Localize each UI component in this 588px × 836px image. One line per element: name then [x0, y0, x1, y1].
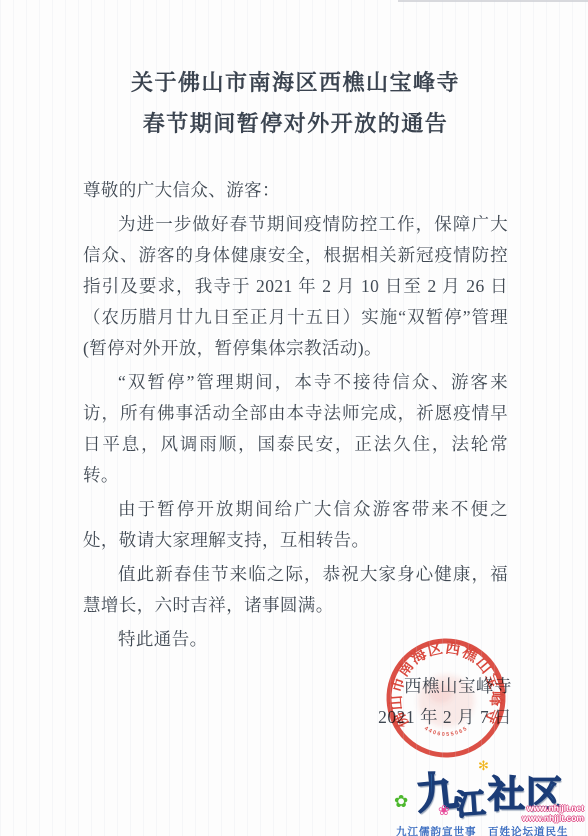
- flower-pink-icon: ❀: [438, 802, 450, 819]
- flower-green-icon: ✿: [394, 792, 408, 812]
- notice-body: 尊敬的广大信众、游客： 为进一步做好春节期间疫情防控工作，保障广大信众、游客的身…: [83, 175, 508, 655]
- watermark-logo-char-jiu: 九: [413, 758, 461, 822]
- watermark-url-2: www.nhjjlt.com: [522, 814, 584, 824]
- scan-artifact-line: [398, 0, 588, 2]
- page-title-line-2: 春节期间暂停对外开放的通告: [83, 103, 508, 144]
- paragraph-1: 为进一步做好春节期间疫情防控工作，保障广大信众、游客的身体健康安全，根据相关新冠…: [83, 209, 508, 364]
- watermark-tagline: 九江儒韵宣世事 百姓论坛道民生: [396, 824, 569, 836]
- paragraph-4: 值此新春佳节来临之际，恭祝大家身心健康，福慧增长，六时吉祥，诸事圆满。: [83, 559, 508, 621]
- page-title-line-1: 关于佛山市南海区西樵山宝峰寺: [83, 62, 508, 103]
- page-title: 关于佛山市南海区西樵山宝峰寺 春节期间暂停对外开放的通告: [83, 62, 508, 144]
- notice-document: 关于佛山市南海区西樵山宝峰寺 春节期间暂停对外开放的通告 尊敬的广大信众、游客：…: [83, 0, 508, 655]
- forum-watermark-logo: ✿ 九 ❀ 江 ✻ 社区 www.nhjjlt.net www.nhjjlt.c…: [394, 760, 586, 836]
- watermark-urls: www.nhjjlt.net www.nhjjlt.com: [522, 804, 584, 823]
- temple-seal-stamp: 佛山市南海区西樵山宝峰寺 4406055065: [381, 633, 511, 763]
- watermark-logo-char-jiang: 江: [455, 781, 487, 824]
- salutation: 尊敬的广大信众、游客：: [83, 175, 508, 206]
- paragraph-3: 由于暂停开放期间给广大信众游客带来不便之处，敬请大家理解支持，互相转告。: [83, 494, 508, 556]
- paragraph-2: “双暂停”管理期间，本寺不接待信众、游客来访，所有佛事活动全部由本寺法师完成，祈…: [83, 367, 508, 491]
